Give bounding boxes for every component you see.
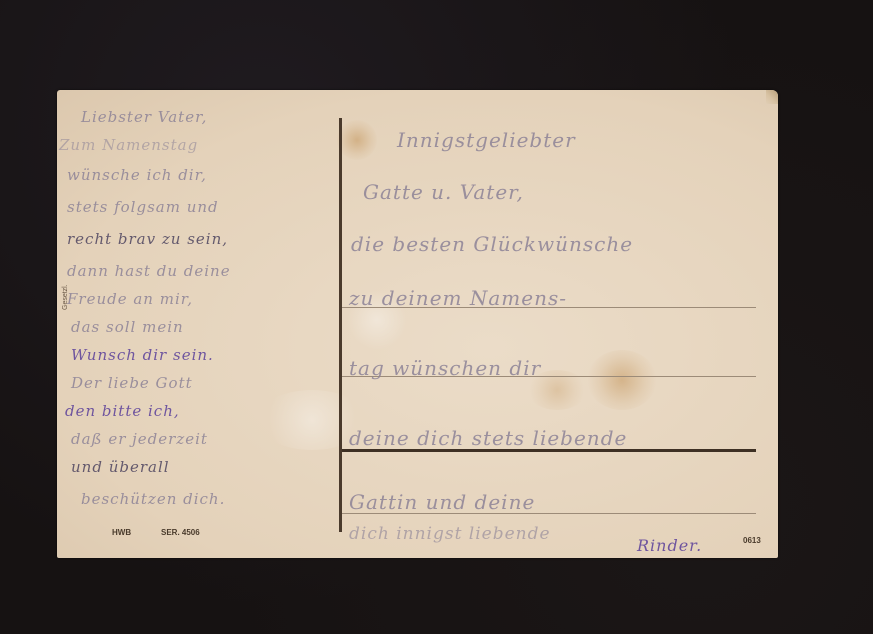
left-message-line: Wunsch dir sein. (71, 346, 214, 364)
right-message-line: tag wünschen dir (349, 356, 541, 380)
right-message-line: zu deinem Namens- (349, 286, 567, 310)
right-message-line: deine dich stets liebende (349, 426, 627, 450)
water-stain (337, 120, 377, 160)
left-message-line: recht brav zu sein, (67, 230, 228, 248)
left-message-line: dann hast du deine (67, 262, 231, 280)
right-message-line: Gattin und deine (349, 490, 535, 514)
publisher-mark: HWB (112, 528, 131, 537)
left-message-line: Liebster Vater, (81, 108, 207, 126)
right-message-line: Innigstgeliebter (397, 128, 576, 152)
right-message-line: dich innigst liebende (349, 524, 551, 544)
right-message-line: Gatte u. Vater, (363, 180, 524, 204)
left-message-line: daß er jederzeit (71, 430, 208, 448)
left-message-line: und überall (71, 458, 170, 476)
postcard: Gesetzl. Liebster Vater, Zum Namenstag w… (57, 90, 778, 558)
series-number: SER. 4506 (161, 528, 200, 537)
left-message-line: Zum Namenstag (59, 136, 198, 154)
left-message-line: Der liebe Gott (71, 374, 193, 392)
left-message-line: den bitte ich, (65, 402, 180, 420)
card-number: 0613 (743, 536, 761, 545)
left-message-line: wünsche ich dir, (67, 166, 207, 184)
left-message-line: das soll mein (71, 318, 184, 336)
right-message-line: die besten Glückwünsche (351, 232, 633, 256)
left-message-line: Freude an mir, (67, 290, 193, 308)
left-message-line: beschützen dich. (81, 490, 225, 508)
water-stain (587, 350, 657, 410)
signature: Rinder. (637, 536, 702, 555)
center-divider-line (339, 118, 342, 532)
left-message-line: stets folgsam und (67, 198, 219, 216)
